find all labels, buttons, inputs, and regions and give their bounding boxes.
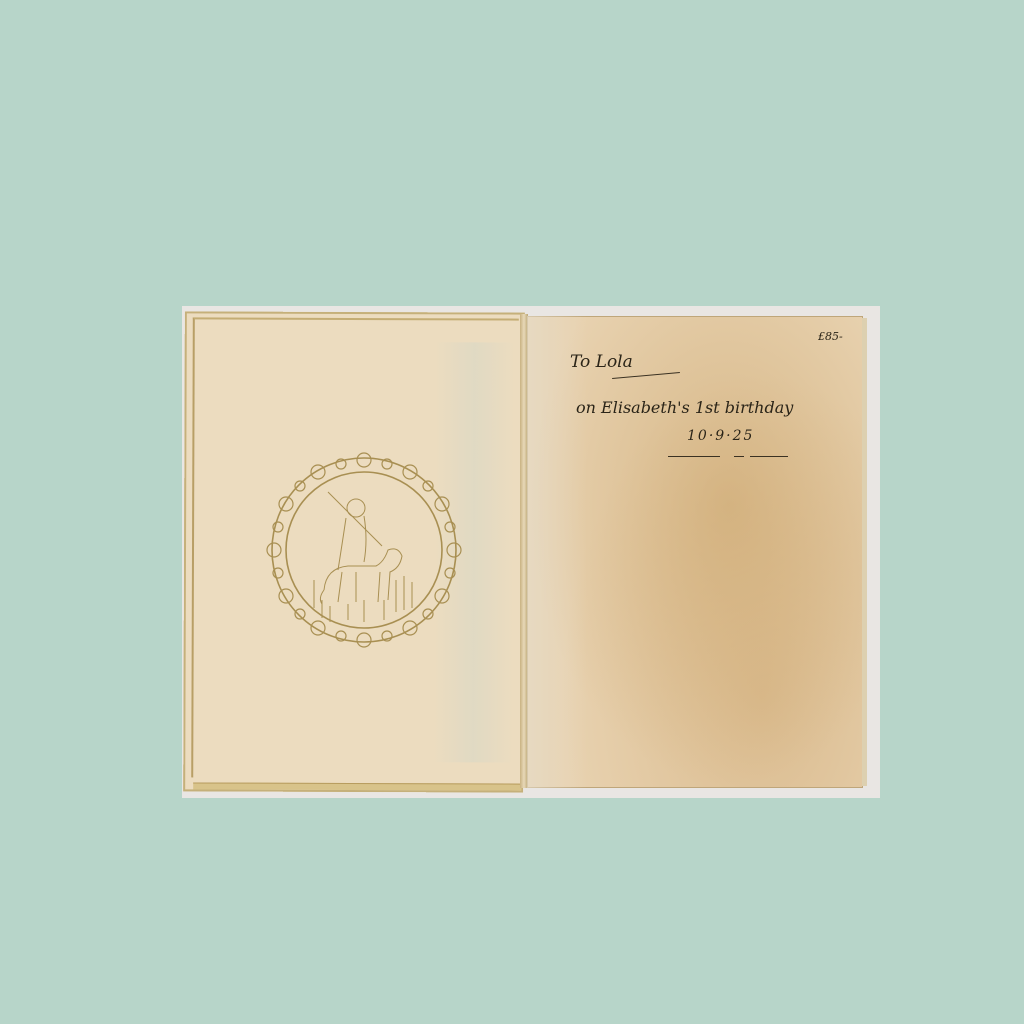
inscription-recipient: To Lola xyxy=(570,352,633,372)
cover-bottom-edge xyxy=(193,782,521,790)
page-discoloration xyxy=(527,316,587,788)
price-notation: £85- xyxy=(818,330,843,343)
inscription-occasion: on Elisabeth's 1st birthday xyxy=(576,398,793,417)
date-underline xyxy=(668,456,788,457)
right-flyleaf xyxy=(527,316,863,788)
page-edges xyxy=(862,318,867,786)
inscription-date: 10·9·25 xyxy=(687,428,754,444)
wreath-medallion-icon xyxy=(264,450,464,650)
